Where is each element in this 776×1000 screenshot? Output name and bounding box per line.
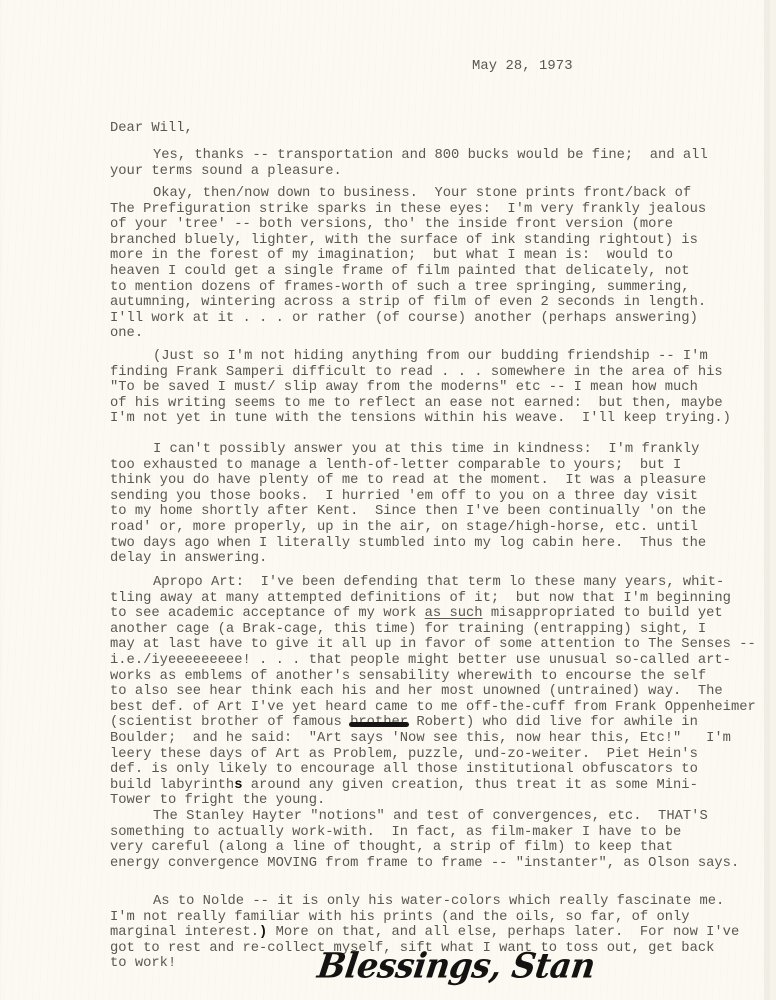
text-line-with-ink-correction: build labyrinths around any given creati… xyxy=(110,778,770,794)
text-line: of your 'tree' -- both versions, tho' th… xyxy=(110,217,770,233)
text-line: very careful (along a line of thought, a… xyxy=(110,840,770,856)
text-line: I'm not really familiar with his prints … xyxy=(110,910,770,926)
text-line: works as emblems of another's sensabilit… xyxy=(110,669,770,685)
text-line: def. is only likely to encourage all tho… xyxy=(110,762,770,778)
text-line-with-ink-correction: marginal interest.) More on that, and al… xyxy=(110,925,770,941)
text-line: Okay, then/now down to business. Your st… xyxy=(110,186,770,202)
text-line: branched bluely, lighter, with the surfa… xyxy=(110,233,770,249)
text-segment: marginal interest. xyxy=(110,925,259,940)
text-segment: More on that, and all else, perhaps late… xyxy=(267,925,739,940)
text-line: Apropo Art: I've been defending that ter… xyxy=(110,575,770,591)
text-line: to my home shortly after Kent. Since the… xyxy=(110,504,770,520)
salutation: Dear Will, xyxy=(110,121,193,136)
text-line: The Stanley Hayter "notions" and test of… xyxy=(110,809,770,825)
text-segment: Robert) who did live for awhile in xyxy=(408,715,698,730)
text-line: one. xyxy=(110,326,770,342)
text-line: autumning, wintering across a strip of f… xyxy=(110,295,770,311)
text-line: best def. of Art I've yet heard came to … xyxy=(110,700,770,716)
text-line: something to actually work-with. In fact… xyxy=(110,825,770,841)
paragraph-5: Apropo Art: I've been defending that ter… xyxy=(110,575,770,809)
text-line: to also see hear think each his and her … xyxy=(110,684,770,700)
letter-date: May 28, 1973 xyxy=(472,59,573,74)
text-line: I can't possibly answer you at this time… xyxy=(110,442,770,458)
text-line: (Just so I'm not hiding anything from ou… xyxy=(110,349,770,365)
text-line: of his writing seems to me to reflect an… xyxy=(110,396,770,412)
handwritten-signature: Blessings, Stan xyxy=(315,945,597,986)
text-segment: around any given creation, thus treat it… xyxy=(242,778,697,793)
text-line: sending you those books. I hurried 'em o… xyxy=(110,489,770,505)
text-line: i.e./iyeeeeeeeee! . . . that people migh… xyxy=(110,653,770,669)
text-line: As to Nolde -- it is only his water-colo… xyxy=(110,894,770,910)
paragraph-3: (Just so I'm not hiding anything from ou… xyxy=(110,349,770,427)
text-line: two days ago when I literally stumbled i… xyxy=(110,536,770,552)
text-line: too exhausted to manage a lenth-of-lette… xyxy=(110,458,770,474)
text-line: energy convergence MOVING from frame to … xyxy=(110,856,770,872)
text-segment: build labyrinth xyxy=(110,778,234,793)
letter-page: May 28, 1973 Dear Will, Yes, thanks -- t… xyxy=(0,0,770,1000)
paragraph-2: Okay, then/now down to business. Your st… xyxy=(110,186,770,342)
text-line: Tower to fright the young. xyxy=(110,793,770,809)
text-line: delay in answering. xyxy=(110,551,770,567)
date-text: May 28, 197 xyxy=(472,59,564,74)
text-line: think you do have plenty of me to read a… xyxy=(110,473,770,489)
text-segment: (scientist brother of famous xyxy=(110,715,350,730)
text-segment: misappropriated to build yet xyxy=(483,606,723,621)
text-line: I'm not yet in tune with the tensions wi… xyxy=(110,411,770,427)
text-line-with-strikeout: (scientist brother of famous brother Rob… xyxy=(110,715,770,731)
text-line: may at last have to give it all up in fa… xyxy=(110,637,770,653)
paragraph-6: The Stanley Hayter "notions" and test of… xyxy=(110,809,770,871)
text-line: heaven I could get a single frame of fil… xyxy=(110,264,770,280)
text-line: tling away at many attempted definitions… xyxy=(110,591,770,607)
paragraph-4: I can't possibly answer you at this time… xyxy=(110,442,770,567)
date-overstrike-digit: 3 xyxy=(564,59,572,74)
text-line: more in the forest of my imagination; bu… xyxy=(110,248,770,264)
underlined-phrase: as such xyxy=(425,606,483,621)
text-line: your terms sound a pleasure. xyxy=(110,164,770,180)
text-line-with-underline: to see academic acceptance of my work as… xyxy=(110,606,770,622)
text-line: The Prefiguration strike sparks in these… xyxy=(110,202,770,218)
text-line: "To be saved I must/ slip away from the … xyxy=(110,380,770,396)
text-line: Boulder; and he said: "Art says 'Now see… xyxy=(110,731,770,747)
text-line: another cage (a Brak-cage, this time) fo… xyxy=(110,622,770,638)
text-line: to mention dozens of frames-worth of suc… xyxy=(110,280,770,296)
text-line: finding Frank Samperi difficult to read … xyxy=(110,365,770,381)
text-segment: to see academic acceptance of my work xyxy=(110,606,425,621)
text-line: road' or, more properly, up in the air, … xyxy=(110,520,770,536)
text-line: leery these days of Art as Problem, puzz… xyxy=(110,747,770,763)
text-line: I'll work at it . . . or rather (of cour… xyxy=(110,311,770,327)
paragraph-1: Yes, thanks -- transportation and 800 bu… xyxy=(110,148,770,179)
text-line: Yes, thanks -- transportation and 800 bu… xyxy=(110,148,770,164)
inked-strikeout-word: brother xyxy=(350,715,408,731)
